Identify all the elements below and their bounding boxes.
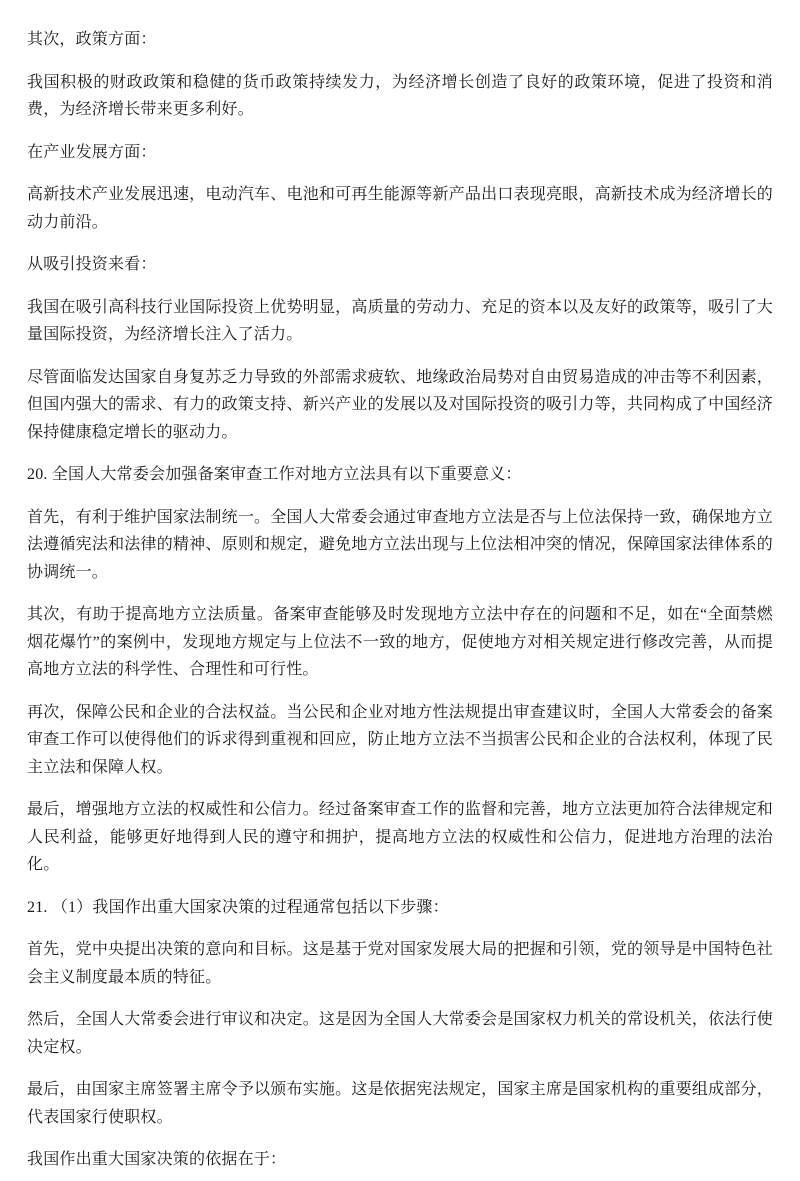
paragraph: 最后，由国家主席签署主席令予以颁布实施。这是依据宪法规定，国家主席是国家机构的重… (27, 1076, 773, 1131)
paragraph: 再次，保障公民和企业的合法权益。当公民和企业对地方性法规提出审查建议时，全国人大… (27, 699, 773, 782)
paragraph: 其次，有助于提高地方立法质量。备案审查能够及时发现地方立法中存在的问题和不足，如… (27, 601, 773, 684)
paragraph: 我国在吸引高科技行业国际投资上优势明显，高质量的劳动力、充足的资本以及友好的政策… (27, 294, 773, 349)
document-content: 其次，政策方面：我国积极的财政政策和稳健的货币政策持续发力，为经济增长创造了良好… (0, 0, 800, 1174)
paragraph: 20. 全国人大常委会加强备案审查工作对地方立法具有以下重要意义： (27, 461, 773, 489)
paragraph: 其次，政策方面： (27, 26, 773, 54)
paragraph: 然后，全国人大常委会进行审议和决定。这是因为全国人大常委会是国家权力机关的常设机… (27, 1006, 773, 1061)
paragraph: 尽管面临发达国家自身复苏乏力导致的外部需求疲软、地缘政治局势对自由贸易造成的冲击… (27, 364, 773, 447)
paragraph: 首先，党中央提出决策的意向和目标。这是基于党对国家发展大局的把握和引领，党的领导… (27, 936, 773, 991)
paragraph: 在产业发展方面： (27, 139, 773, 167)
paragraph: 我国积极的财政政策和稳健的货币政策持续发力，为经济增长创造了良好的政策环境，促进… (27, 69, 773, 124)
paragraph: 21. （1）我国作出重大国家决策的过程通常包括以下步骤： (27, 894, 773, 922)
paragraph: 首先，有利于维护国家法制统一。全国人大常委会通过审查地方立法是否与上位法保持一致… (27, 504, 773, 587)
paragraph: 我国作出重大国家决策的依据在于： (27, 1146, 773, 1174)
paragraph: 最后，增强地方立法的权威性和公信力。经过备案审查工作的监督和完善，地方立法更加符… (27, 796, 773, 879)
document-page: 其次，政策方面：我国积极的财政政策和稳健的货币政策持续发力，为经济增长创造了良好… (0, 0, 800, 1181)
paragraph: 高新技术产业发展迅速，电动汽车、电池和可再生能源等新产品出口表现亮眼，高新技术成… (27, 181, 773, 236)
paragraph: 从吸引投资来看： (27, 251, 773, 279)
